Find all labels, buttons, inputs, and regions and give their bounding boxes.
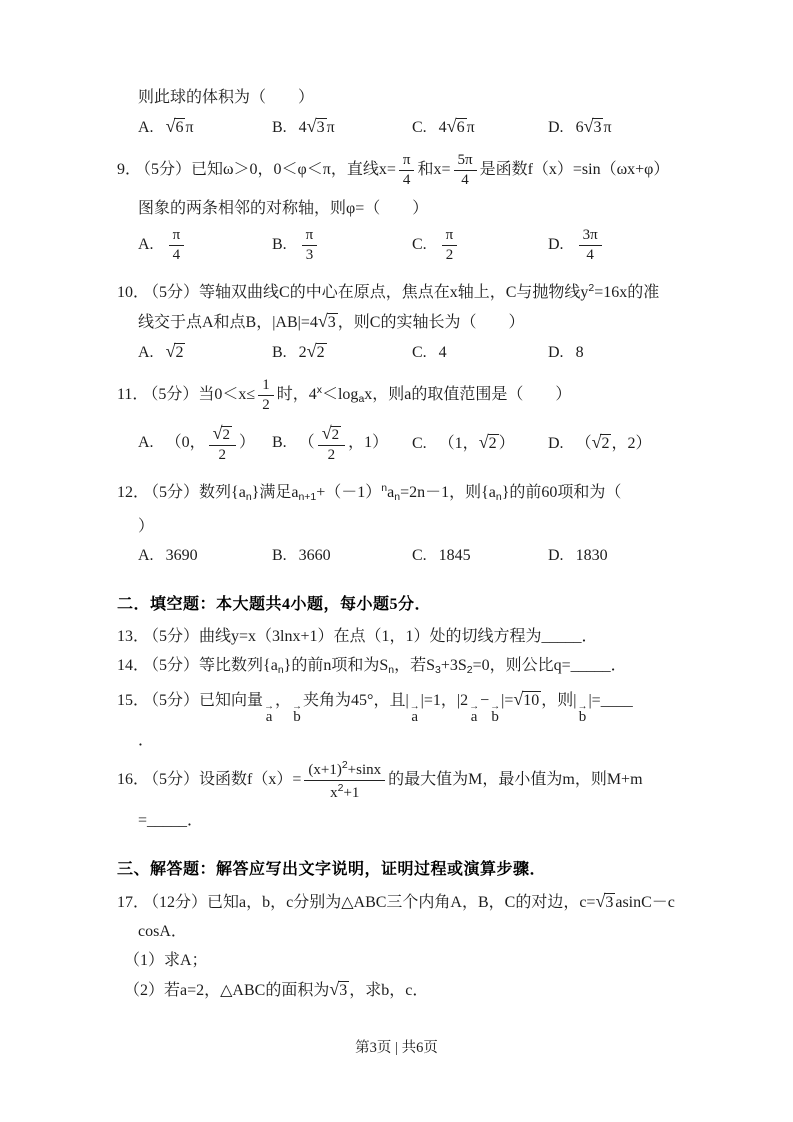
option-d: D.8: [548, 341, 697, 364]
text-run: 4: [173, 247, 181, 263]
text-run: ，则|: [541, 692, 576, 709]
option-b: B.2√2: [272, 340, 412, 364]
fraction-denominator: 4: [403, 171, 411, 189]
text-run: 3π: [583, 227, 598, 243]
option-label: D.: [548, 236, 564, 253]
radicand: 3: [316, 118, 327, 136]
option-label: B.: [272, 434, 287, 451]
text-run: 线交于点A和点B，|AB|=4: [138, 314, 318, 331]
option-value: 4√3π: [299, 119, 335, 136]
text-run: 的最大值为M，最小值为m，则M+m: [388, 771, 642, 788]
text-run: =16x的准: [594, 284, 659, 301]
question-16-line-1: 16．（5分）设函数f（x）=(x+1)2+sinxx2+1的最大值为M，最小值…: [117, 758, 697, 804]
text-run: 8: [576, 344, 584, 361]
option-label: A.: [138, 344, 154, 361]
radical-sign-icon: √: [479, 432, 488, 452]
text-run: 6: [576, 119, 584, 136]
question-number: 12．: [117, 484, 149, 501]
text-run: 4: [439, 119, 447, 136]
text-run: 3660: [299, 547, 331, 564]
text-run: 是函数f（x）=sin（ωx+φ）: [480, 161, 670, 178]
text-run: 4: [586, 247, 594, 263]
question-9-line-2: 图象的两条相邻的对称轴，则φ=（ ）: [117, 197, 697, 220]
text-run: ）: [239, 434, 255, 451]
option-value: （1，√2）: [439, 435, 515, 452]
text-run: +sinx: [348, 762, 381, 778]
text-run: ）: [499, 435, 515, 452]
text-run: （5分）设函数f（x）=: [151, 771, 301, 788]
fraction-denominator: 2: [219, 446, 227, 464]
text-run: π: [173, 227, 181, 243]
vector: →b: [490, 703, 500, 723]
option-value: 1830: [576, 547, 608, 564]
sqrt-expression: √2: [166, 340, 186, 364]
option-label: C.: [412, 344, 427, 361]
text-run: =_____．: [138, 812, 203, 829]
vector-letter: b: [293, 712, 301, 723]
text-run: +1: [343, 785, 359, 801]
question-14-line: 14．（5分）等比数列{an}的前n项和为Sn，若S3+3S2=0，则公比q=_…: [117, 654, 697, 682]
question-9-line-1: 9．（5分）已知ω＞0，0＜φ＜π，直线x=π4和x=5π4是函数f（x）=si…: [117, 151, 697, 191]
question-number: 13．: [117, 628, 149, 645]
question-text: （5分）设函数f（x）=(x+1)2+sinxx2+1的最大值为M，最小值为m，…: [151, 771, 643, 788]
text-run: x，则a的取值范围是（ ）: [364, 386, 571, 403]
option-label: D.: [548, 344, 564, 361]
text-run: asinC－c: [615, 894, 675, 911]
sqrt-expression: √6: [447, 115, 467, 139]
question-10-line-1: 10．（5分）等轴双曲线C的中心在原点，焦点在x轴上，C与抛物线y2=16x的准: [117, 277, 697, 304]
question-13-line: 13．（5分）曲线y=x（3lnx+1）在点（1，1）处的切线方程为_____．: [117, 625, 697, 648]
radicand: 2: [488, 434, 499, 452]
text-run: π: [327, 119, 335, 136]
radicand: 2: [331, 426, 342, 443]
sqrt-expression: √2: [213, 423, 232, 444]
option-c: C.（1，√2）: [412, 431, 548, 455]
fraction-denominator: 2: [328, 446, 336, 464]
text-run: π: [446, 227, 454, 243]
question-number: 15．: [117, 692, 149, 709]
sqrt-expression: √2: [322, 423, 341, 444]
option-value: 2√2: [299, 344, 327, 361]
option-label: D.: [548, 547, 564, 564]
question-16-line-2: =_____．: [117, 809, 697, 832]
option-b: B.π3: [272, 226, 412, 266]
text-run: }的前n项和为S: [284, 657, 389, 674]
option-label: C.: [412, 435, 427, 452]
text-run: 2: [262, 397, 270, 413]
section-3-header: 三、解答题：解答应写出文字说明，证明过程或演算步骤．: [117, 858, 697, 881]
text-run: ）: [138, 518, 154, 535]
sqrt-expression: √6: [166, 115, 186, 139]
fraction: 12: [258, 377, 274, 415]
question-text: （5分）已知向量→a，→b夹角为45°，且|→a|=1，|2→a−→b|=√10…: [151, 692, 633, 709]
radicand: 10: [522, 691, 541, 709]
text-run: ，1）: [348, 434, 388, 451]
option-d: D.1830: [548, 544, 697, 567]
question-number: 17．: [117, 894, 149, 911]
fraction-numerator: √2: [209, 423, 236, 446]
text-run: （: [299, 434, 315, 451]
option-a: A.√6π: [138, 115, 272, 139]
text-run: 和x=: [417, 161, 450, 178]
option-value: 1845: [439, 547, 471, 564]
vector: →a: [469, 703, 479, 723]
option-c: C.4: [412, 341, 548, 364]
text-run: 1: [262, 377, 270, 393]
sqrt-expression: √2: [479, 431, 499, 455]
question-17-line-1: 17．（12分）已知a，b，c分别为△ABC三个内角A，B，C的对边，c=√3a…: [117, 890, 697, 914]
option-label: A.: [138, 236, 154, 253]
option-label: B.: [272, 119, 287, 136]
fraction-denominator: 4: [461, 171, 469, 189]
vector-letter: b: [491, 712, 499, 723]
text-run: （: [576, 435, 592, 452]
radicand: 2: [316, 343, 327, 361]
text-run: π: [185, 119, 193, 136]
fraction: π4: [169, 227, 185, 265]
question-15-line-1: 15．（5分）已知向量→a，→b夹角为45°，且|→a|=1，|2→a−→b|=…: [117, 688, 697, 723]
section-2-header: 二．填空题：本大题共4小题，每小题5分．: [117, 593, 697, 616]
fraction-denominator: 4: [173, 246, 181, 264]
radical-sign-icon: √: [513, 689, 522, 709]
option-value: 3660: [299, 547, 331, 564]
fraction: π2: [442, 227, 458, 265]
q11-options-row: A.（0，√22）B.（√22，1）C.（1，√2）D.（√2，2）: [117, 422, 697, 466]
option-d: D.（√2，2）: [548, 431, 697, 455]
text-run: 二．填空题：本大题共4小题，每小题5分．: [117, 596, 431, 613]
radicand: 3: [592, 118, 603, 136]
text-run: (x+1): [308, 762, 341, 778]
text-run: +（－1）: [316, 484, 381, 501]
radical-sign-icon: √: [447, 116, 456, 136]
fraction: 3π4: [579, 227, 602, 265]
question-12-line-2: ）: [117, 515, 697, 538]
fraction-numerator: 5π: [454, 152, 477, 171]
text-run: 2: [446, 247, 454, 263]
text-run: （5分）数列{a: [151, 484, 246, 501]
fraction-numerator: π: [399, 152, 415, 171]
option-value: π3: [299, 236, 321, 253]
text-run: π: [306, 227, 314, 243]
text-run: （0，: [166, 434, 206, 451]
radicand: 2: [221, 426, 232, 443]
text-run: 夹角为45°，且|: [303, 692, 409, 709]
text-run: 2: [299, 344, 307, 361]
sqrt-expression: √2: [592, 431, 612, 455]
radicand: 2: [600, 434, 611, 452]
q10-options-row: A.√2B.2√2C.4D.8: [117, 340, 697, 364]
option-value: √2: [166, 344, 186, 361]
option-label: D.: [548, 119, 564, 136]
text-run: ，若S: [394, 657, 435, 674]
option-a: A.（0，√22）: [138, 422, 272, 466]
question-number: 16．: [117, 771, 149, 788]
text-run: π: [467, 119, 475, 136]
question-10-line-2: 线交于点A和点B，|AB|=4√3，则C的实轴长为（ ）: [117, 310, 697, 334]
text-run: 4: [461, 172, 469, 188]
fraction: √22: [209, 423, 236, 465]
document-content: 则此球的体积为（ ）A.√6πB.4√3πC.4√6πD.6√3π9．（5分）已…: [117, 86, 697, 1008]
radical-sign-icon: √: [307, 116, 316, 136]
text-run: 5π: [458, 152, 473, 168]
text-run: |=____: [588, 692, 632, 709]
radicand: 6: [456, 118, 467, 136]
text-run: }满足a: [252, 484, 299, 501]
text-run: （1）求A；: [124, 952, 208, 969]
question-text: （12分）已知a，b，c分别为△ABC三个内角A，B，C的对边，c=√3asin…: [151, 894, 675, 911]
text-run: |=: [501, 692, 513, 709]
fraction-denominator: x2+1: [330, 781, 359, 802]
question-11-line-1: 11．（5分）当0＜x≤12时，4x＜logax，则a的取值范围是（ ）: [117, 376, 697, 416]
text-run: （5分）等比数列{a: [151, 657, 278, 674]
fraction: 5π4: [454, 152, 477, 190]
fraction-numerator: π: [169, 227, 185, 246]
question-number: 10．: [117, 284, 149, 301]
option-value: （0，√22）: [166, 434, 255, 451]
radicand: 2: [174, 343, 185, 361]
radicand: 3: [604, 893, 615, 911]
text-run: 3: [306, 247, 314, 263]
option-d: D.3π4: [548, 226, 697, 266]
sqrt-expression: √2: [307, 340, 327, 364]
fraction-numerator: π: [442, 227, 458, 246]
question-text: （5分）曲线y=x（3lnx+1）在点（1，1）处的切线方程为_____．: [151, 628, 598, 645]
sqrt-expression: √10: [513, 688, 541, 712]
text-run: 4: [299, 119, 307, 136]
page-footer: 第3页 | 共6页: [0, 1036, 793, 1057]
text-run: π: [403, 152, 411, 168]
text-run: ，2）: [611, 435, 651, 452]
option-b: B.（√22，1）: [272, 422, 412, 466]
vector-letter: a: [266, 712, 273, 723]
text-run: （1，: [439, 435, 479, 452]
fraction-numerator: π: [302, 227, 318, 246]
option-value: 8: [576, 344, 584, 361]
option-value: π4: [166, 236, 188, 253]
option-value: 4: [439, 344, 447, 361]
question-text: （5分）等轴双曲线C的中心在原点，焦点在x轴上，C与抛物线y2=16x的准: [151, 284, 659, 301]
text-run: +3S: [441, 657, 467, 674]
option-label: B.: [272, 236, 287, 253]
option-b: B.3660: [272, 544, 412, 567]
text-run: （2）若a=2，△ABC的面积为: [124, 982, 329, 999]
question-text: （5分）已知ω＞0，0＜φ＜π，直线x=π4和x=5π4是函数f（x）=sin（…: [143, 161, 669, 178]
question-number: 9．: [117, 161, 141, 178]
option-label: A.: [138, 434, 154, 451]
text-run: =0，则公比q=_____．: [473, 657, 627, 674]
text-run: ，则C的实轴长为（ ）: [338, 314, 525, 331]
text-run: 则此球的体积为（ ）: [138, 89, 314, 106]
text-run: （12分）已知a，b，c分别为△ABC三个内角A，B，C的对边，c=: [151, 894, 595, 911]
option-value: 6√3π: [576, 119, 612, 136]
option-label: A.: [138, 119, 154, 136]
sqrt-expression: √3: [329, 978, 349, 1002]
text-run: （5分）曲线y=x（3lnx+1）在点（1，1）处的切线方程为_____．: [151, 628, 598, 645]
radical-sign-icon: √: [307, 341, 316, 361]
option-label: B.: [272, 344, 287, 361]
question-15-line-2: ．: [117, 729, 697, 752]
text-run: 4: [403, 172, 411, 188]
text-run: ＜log: [322, 386, 358, 403]
option-b: B.4√3π: [272, 115, 412, 139]
option-label: D.: [548, 435, 564, 452]
option-value: 4√6π: [439, 119, 475, 136]
fraction: π3: [302, 227, 318, 265]
sqrt-expression: √3: [595, 890, 615, 914]
fraction-numerator: 1: [258, 377, 274, 396]
text-run: ，求b，c．: [349, 982, 428, 999]
option-value: （√2，2）: [576, 435, 652, 452]
vector: →b: [577, 703, 587, 723]
option-value: 3π4: [576, 236, 605, 253]
option-c: C.1845: [412, 544, 548, 567]
option-label: C.: [412, 547, 427, 564]
question-12-line-1: 12．（5分）数列{an}满足an+1+（－1）nan=2n－1，则{an}的前…: [117, 477, 697, 509]
q12-options-row: A.3690B.3660C.1845D.1830: [117, 544, 697, 567]
question-17-line-2: cosA．: [117, 920, 697, 943]
radical-sign-icon: √: [595, 891, 604, 911]
text-run: π: [603, 119, 611, 136]
question-17-part-2: （2）若a=2，△ABC的面积为√3，求b，c．: [117, 978, 697, 1002]
option-label: A.: [138, 547, 154, 564]
option-label: C.: [412, 119, 427, 136]
q8-stem-line: 则此球的体积为（ ）: [117, 86, 697, 109]
text-run: 1845: [439, 547, 471, 564]
option-a: A.√2: [138, 340, 272, 364]
text-run: 3690: [166, 547, 198, 564]
radical-sign-icon: √: [322, 423, 331, 443]
option-value: （√22，1）: [299, 434, 388, 451]
fraction-denominator: 2: [446, 246, 454, 264]
text-run: （5分）已知向量: [151, 692, 263, 709]
sqrt-expression: √3: [318, 310, 338, 334]
option-a: A.π4: [138, 226, 272, 266]
radicand: 3: [338, 981, 349, 999]
question-text: （5分）当0＜x≤12时，4x＜logax，则a的取值范围是（ ）: [150, 386, 571, 403]
question-number: 14．: [117, 657, 149, 674]
text-run: 三、解答题：解答应写出文字说明，证明过程或演算步骤．: [117, 861, 546, 878]
text-run: x: [330, 785, 338, 801]
text-run: （5分）等轴双曲线C的中心在原点，焦点在x轴上，C与抛物线y: [151, 284, 588, 301]
question-text: （5分）数列{an}满足an+1+（－1）nan=2n－1，则{an}的前60项…: [151, 484, 621, 501]
sqrt-expression: √3: [584, 115, 604, 139]
radicand: 3: [327, 313, 338, 331]
text-run: =2n－1，则{a: [400, 484, 496, 501]
fraction-denominator: 3: [306, 246, 314, 264]
text-run: （5分）当0＜x≤: [150, 386, 255, 403]
subscript: n+1: [298, 491, 316, 503]
text-run: }的前60项和为（: [502, 484, 622, 501]
fraction-numerator: √2: [318, 423, 345, 446]
option-label: B.: [272, 547, 287, 564]
vector: →a: [410, 703, 420, 723]
vector: →a: [264, 703, 274, 723]
fraction: (x+1)2+sinxx2+1: [304, 759, 385, 803]
fraction-numerator: 3π: [579, 227, 602, 246]
text-run: （5分）已知ω＞0，0＜φ＜π，直线x=: [143, 161, 396, 178]
text-run: cosA．: [138, 923, 187, 940]
question-text: （5分）等比数列{an}的前n项和为Sn，若S3+3S2=0，则公比q=____…: [151, 657, 627, 674]
fraction-numerator: (x+1)2+sinx: [304, 759, 385, 781]
q9-options-row: A.π4B.π3C.π2D.3π4: [117, 226, 697, 266]
fraction-denominator: 2: [262, 396, 270, 414]
option-value: π2: [439, 236, 461, 253]
text-run: 1830: [576, 547, 608, 564]
sqrt-expression: √3: [307, 115, 327, 139]
question-17-part-1: （1）求A；: [117, 949, 697, 972]
text-run: 图象的两条相邻的对称轴，则φ=（ ）: [138, 200, 428, 217]
vector: →b: [292, 703, 302, 723]
text-run: ．: [138, 732, 154, 749]
radical-sign-icon: √: [318, 311, 327, 331]
option-label: C.: [412, 236, 427, 253]
exam-page: 则此球的体积为（ ）A.√6πB.4√3πC.4√6πD.6√3π9．（5分）已…: [0, 0, 793, 1122]
q8-options-row: A.√6πB.4√3πC.4√6πD.6√3π: [117, 115, 697, 139]
vector-letter: a: [411, 712, 418, 723]
option-value: √6π: [166, 119, 194, 136]
text-run: −: [480, 692, 489, 709]
question-number: 11．: [117, 386, 148, 403]
option-d: D.6√3π: [548, 115, 697, 139]
radicand: 6: [174, 118, 185, 136]
vector-letter: b: [579, 712, 587, 723]
fraction-denominator: 4: [586, 246, 594, 264]
radical-sign-icon: √: [329, 979, 338, 999]
vector-letter: a: [471, 712, 478, 723]
text-run: 4: [439, 344, 447, 361]
option-value: 3690: [166, 547, 198, 564]
option-c: C.π2: [412, 226, 548, 266]
fraction: π4: [399, 152, 415, 190]
option-a: A.3690: [138, 544, 272, 567]
fraction: √22: [318, 423, 345, 465]
text-run: ，: [275, 692, 291, 709]
text-run: 2: [328, 447, 336, 463]
text-run: 2: [219, 447, 227, 463]
option-c: C.4√6π: [412, 115, 548, 139]
text-run: 时，4: [277, 386, 317, 403]
text-run: |=1，|2: [421, 692, 468, 709]
